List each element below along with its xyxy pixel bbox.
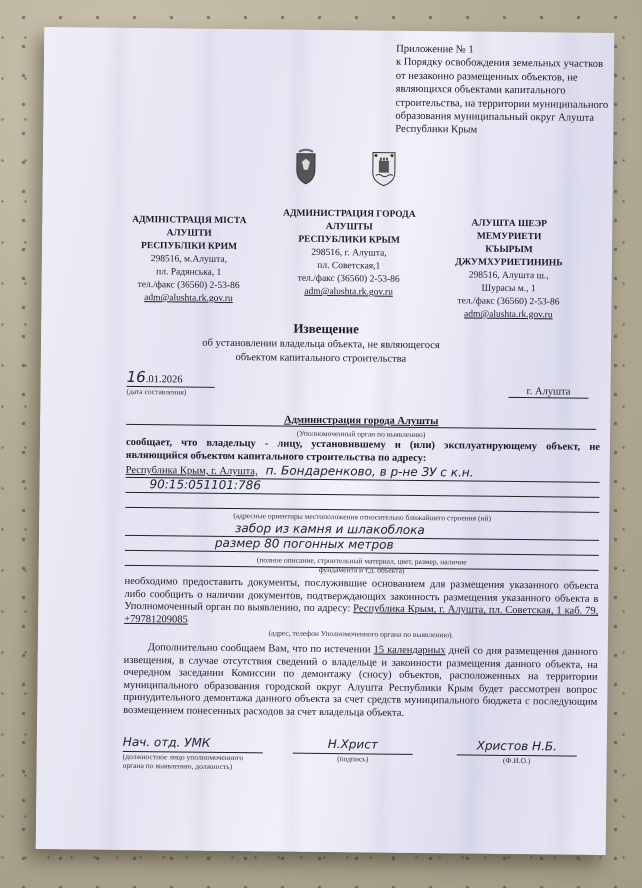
org-email-link[interactable]: adm@alushta.rk.gov.ru	[433, 308, 583, 323]
notice-document: Приложение № 1 к Порядку освобождения зе…	[36, 27, 615, 855]
alushta-coat-of-arms-icon	[371, 148, 397, 186]
org-name: АДМИНИСТРАЦИЯ ГОРОДА	[274, 207, 424, 222]
fio-caption: (Ф.И.О.)	[457, 755, 577, 765]
position-handwritten: Нач. отд. УМК	[123, 735, 263, 753]
appendix-block: Приложение № 1 к Порядку освобождения зе…	[395, 43, 626, 139]
date-caption: (дата составления)	[126, 387, 214, 397]
date-field: 16.01.2026 (дата составления)	[126, 368, 214, 397]
notice-subtitle: об установлении владельца объекта, не яв…	[191, 337, 451, 368]
signature-position: Нач. отд. УМК (должностное лицо уполномо…	[123, 735, 263, 771]
additional-text-pre: Дополнительно сообщаем Вам, что по истеч…	[124, 642, 371, 656]
address-printed: Республика Крым, г. Алушта,	[126, 465, 258, 477]
organizations-header: АДМІНІСТРАЦІЯ МІСТА АЛУШТИ РЕСПУБЛІКИ КР…	[113, 214, 584, 323]
signature-fio: Христов Н.Б. (Ф.И.О.)	[457, 738, 577, 765]
signature-handwritten: Н.Христ	[293, 737, 413, 755]
org-email-link[interactable]: adm@alushta.rk.gov.ru	[273, 285, 423, 300]
description-handwritten-2: размер 80 погонных метров	[215, 536, 394, 552]
request-caption: (адрес, телефон Уполномоченного органа п…	[124, 626, 598, 644]
org-name: АДМІНІСТРАЦІЯ МІСТА	[114, 214, 264, 229]
address-handwritten-1: п. Бондаренково, в р-не ЗУ с к.н.	[266, 463, 474, 479]
cadastral-number-handwritten: 90:15:051101:786	[149, 477, 261, 492]
org-email-link[interactable]: adm@alushta.rk.gov.ru	[113, 292, 263, 307]
date-month-year: .01.2026	[146, 374, 183, 385]
org-russian: АДМИНИСТРАЦИЯ ГОРОДА АЛУШТЫ РЕСПУБЛИКИ К…	[273, 207, 424, 321]
org-ukrainian: АДМІНІСТРАЦІЯ МІСТА АЛУШТИ РЕСПУБЛІКИ КР…	[113, 214, 264, 320]
crimea-coat-of-arms-icon	[293, 148, 319, 186]
emblems	[293, 148, 397, 187]
deadline-days: 15 календарных	[374, 645, 446, 657]
city: г. Алушта	[508, 386, 588, 399]
additional-text-post: дней со дня размещения данного извещения…	[123, 645, 598, 719]
signature-caption: (подпись)	[293, 754, 413, 764]
additional-paragraph: Дополнительно сообщаем Вам, что по истеч…	[123, 642, 598, 723]
appendix-line: Республики Крым	[395, 123, 625, 139]
date-day-handwritten: 16	[127, 368, 146, 386]
description-caption: (полное описание, строительный материал,…	[125, 554, 599, 577]
org-crimean-tatar: АЛУШТА ШЕЭР МЕМУРИЕТИ КЪЫРЫМ ДЖУМХУРИЕТИ…	[433, 217, 584, 323]
signature-block: Н.Христ (подпись)	[293, 737, 413, 764]
request-paragraph: необходимо предоставить документы, послу…	[124, 576, 599, 644]
description-handwritten-1: забор из камня и шлакоблока	[235, 521, 425, 537]
org-name: КЪЫРЫМ ДЖУМХУРИЕТИНИНЬ	[434, 243, 584, 271]
position-caption: (должностное лицо уполномоченного органа…	[123, 752, 263, 771]
fio-handwritten: Христов Н.Б.	[457, 738, 577, 756]
